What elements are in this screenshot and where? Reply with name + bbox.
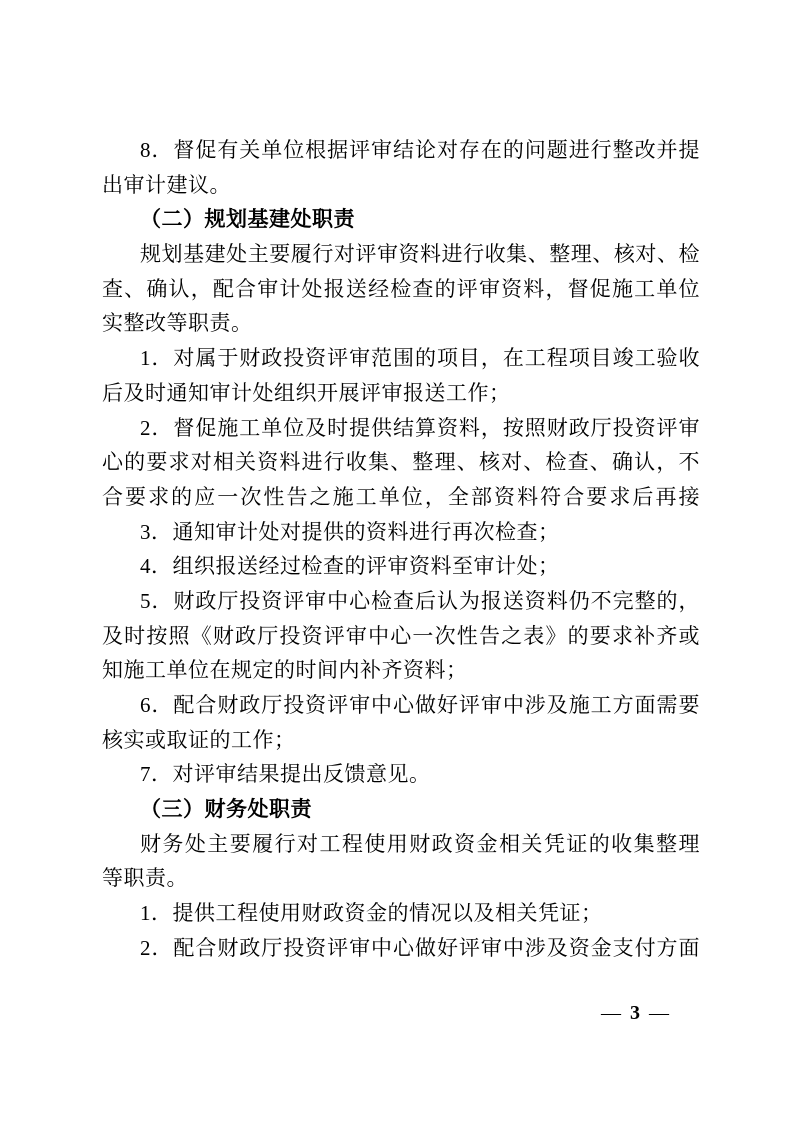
text-line: 出审计建议。: [102, 168, 700, 203]
text-line: 3．通知审计处对提供的资料进行再次检查；: [102, 515, 700, 550]
text-line: 6．配合财政厅投资评审中心做好评审中涉及施工方面需要: [102, 688, 700, 723]
text-line: 1．提供工程使用财政资金的情况以及相关凭证；: [102, 896, 700, 931]
page-footer: — 3 —: [601, 1000, 669, 1026]
text-line: 2．配合财政厅投资评审中心做好评审中涉及资金支付方面: [102, 931, 700, 966]
section-heading: （二）规划基建处职责: [102, 202, 700, 237]
document-page: 8．督促有关单位根据评审结论对存在的问题进行整改并提出审计建议。（二）规划基建处…: [0, 0, 793, 1122]
text-line: 2．督促施工单位及时提供结算资料，按照财政厅投资评审中: [102, 411, 700, 446]
text-line: 5．财政厅投资评审中心检查后认为报送资料仍不完整的，: [102, 584, 700, 619]
document-body: 8．督促有关单位根据评审结论对存在的问题进行整改并提出审计建议。（二）规划基建处…: [102, 133, 700, 966]
page-number: 3: [630, 1000, 640, 1026]
text-line: 心的要求对相关资料进行收集、整理、核对、检查、确认，不符: [102, 445, 700, 480]
text-line: 财务处主要履行对工程使用财政资金相关凭证的收集整理: [102, 827, 700, 862]
text-line: 规划基建处主要履行对评审资料进行收集、整理、核对、检: [102, 237, 700, 272]
text-line: 1．对属于财政投资评审范围的项目，在工程项目竣工验收: [102, 341, 700, 376]
text-line: 后及时通知审计处组织开展评审报送工作；: [102, 376, 700, 411]
text-line: 7．对评审结果提出反馈意见。: [102, 757, 700, 792]
text-line: 8．督促有关单位根据评审结论对存在的问题进行整改并提: [102, 133, 700, 168]
text-line: 合要求的应一次性告之施工单位，全部资料符合要求后再接收；: [102, 480, 700, 515]
text-line: 实整改等职责。: [102, 306, 700, 341]
text-line: 及时按照《财政厅投资评审中心一次性告之表》的要求补齐或通: [102, 619, 700, 654]
text-line: 等职责。: [102, 861, 700, 896]
text-line: 4．组织报送经过检查的评审资料至审计处；: [102, 549, 700, 584]
section-heading: （三）财务处职责: [102, 792, 700, 827]
footer-dash-right: —: [649, 1000, 669, 1026]
text-line: 核实或取证的工作；: [102, 723, 700, 758]
text-line: 查、确认，配合审计处报送经检查的评审资料，督促施工单位落: [102, 272, 700, 307]
footer-dash-left: —: [601, 1000, 621, 1026]
text-line: 知施工单位在规定的时间内补齐资料；: [102, 653, 700, 688]
